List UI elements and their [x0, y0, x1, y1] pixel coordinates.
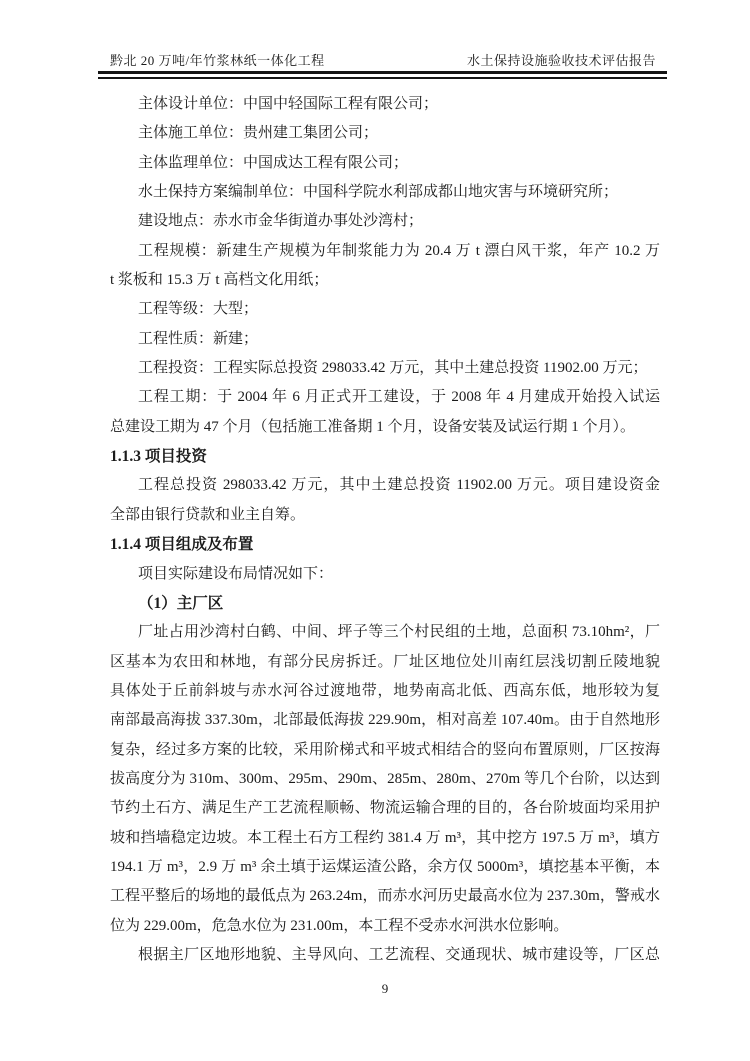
text-line: 建设地点：赤水市金华街道办事处沙湾村；	[110, 207, 660, 236]
text-line: 工程工期：于 2004 年 6 月正式开工建设，于 2008 年 4 月建成开始…	[110, 383, 660, 412]
header-double-rule	[98, 71, 667, 79]
page-header: 黔北 20 万吨/年竹浆林纸一体化工程 水土保持设施验收技术评估报告	[110, 50, 656, 69]
text-line: 总建设工期为 47 个月（包括施工准备期 1 个月，设备安装及试运行期 1 个月…	[110, 413, 660, 442]
text-line: 项目实际建设布局情况如下：	[110, 560, 660, 589]
text-line: 工程规模：新建生产规模为年制浆能力为 20.4 万 t 漂白风干浆，年产 10.…	[110, 237, 660, 266]
subsection-heading-main-plant: （1）主厂区	[110, 589, 660, 618]
text-line: 工程性质：新建；	[110, 325, 660, 354]
text-line: 南部最高海拔 337.30m，北部最低海拔 229.90m，相对高差 107.4…	[110, 706, 660, 735]
section-heading-1-1-4: 1.1.4 项目组成及布置	[110, 530, 660, 559]
text-line: 主体施工单位：贵州建工集团公司；	[110, 119, 660, 148]
text-line: 工程投资：工程实际总投资 298033.42 万元，其中土建总投资 11902.…	[110, 354, 660, 383]
header-report-title: 水土保持设施验收技术评估报告	[467, 50, 656, 69]
document-page: 黔北 20 万吨/年竹浆林纸一体化工程 水土保持设施验收技术评估报告 主体设计单…	[0, 0, 750, 1061]
text-line: 主体监理单位：中国成达工程有限公司；	[110, 149, 660, 178]
text-line: 具体处于丘前斜坡与赤水河谷过渡地带，地势南高北低、西高东低，地形较为复杂。	[110, 677, 660, 706]
text-line: 工程总投资 298033.42 万元，其中土建总投资 11902.00 万元。项…	[110, 471, 660, 500]
text-line: 194.1 万 m³，2.9 万 m³ 余土填于运煤运渣公路，余方仅 5000m…	[110, 853, 660, 882]
text-line: 位为 229.00m，危急水位为 231.00m，本工程不受赤水河洪水位影响。	[110, 912, 660, 941]
text-line: 工程平整后的场地的最低点为 263.24m，而赤水河历史最高水位为 237.30…	[110, 882, 660, 911]
text-line: 厂址占用沙湾村白鹤、中间、坪子等三个村民组的土地，总面积 73.10hm²，厂	[110, 618, 660, 647]
text-line: 主体设计单位：中国中轻国际工程有限公司；	[110, 90, 660, 119]
section-heading-1-1-3: 1.1.3 项目投资	[110, 442, 660, 471]
text-line: 复杂，经过多方案的比较，采用阶梯式和平坡式相结合的竖向布置原则，厂区按海	[110, 736, 660, 765]
text-line: 根据主厂区地形地貌、主导风向、工艺流程、交通现状、城市建设等，厂区总	[110, 941, 660, 970]
page-footer: 9	[110, 981, 660, 997]
text-line: 全部由银行贷款和业主自筹。	[110, 501, 660, 530]
document-body: 主体设计单位：中国中轻国际工程有限公司； 主体施工单位：贵州建工集团公司； 主体…	[110, 90, 660, 970]
page-number: 9	[382, 981, 389, 996]
header-project-title: 黔北 20 万吨/年竹浆林纸一体化工程	[110, 50, 325, 69]
text-line: 工程等级：大型；	[110, 295, 660, 324]
text-line: 水土保持方案编制单位：中国科学院水利部成都山地灾害与环境研究所；	[110, 178, 660, 207]
text-line: 坡和挡墙稳定边坡。本工程土石方工程约 381.4 万 m³，其中挖方 197.5…	[110, 824, 660, 853]
text-line: 拔高度分为 310m、300m、295m、290m、285m、280m、270m…	[110, 765, 660, 794]
text-line: 区基本为农田和林地，有部分民房拆迁。厂址区地位处川南红层浅切割丘陵地貌区，	[110, 648, 660, 677]
text-line: t 浆板和 15.3 万 t 高档文化用纸；	[110, 266, 660, 295]
text-line: 节约土石方、满足生产工艺流程顺畅、物流运输合理的目的，各台阶坡面均采用护	[110, 794, 660, 823]
